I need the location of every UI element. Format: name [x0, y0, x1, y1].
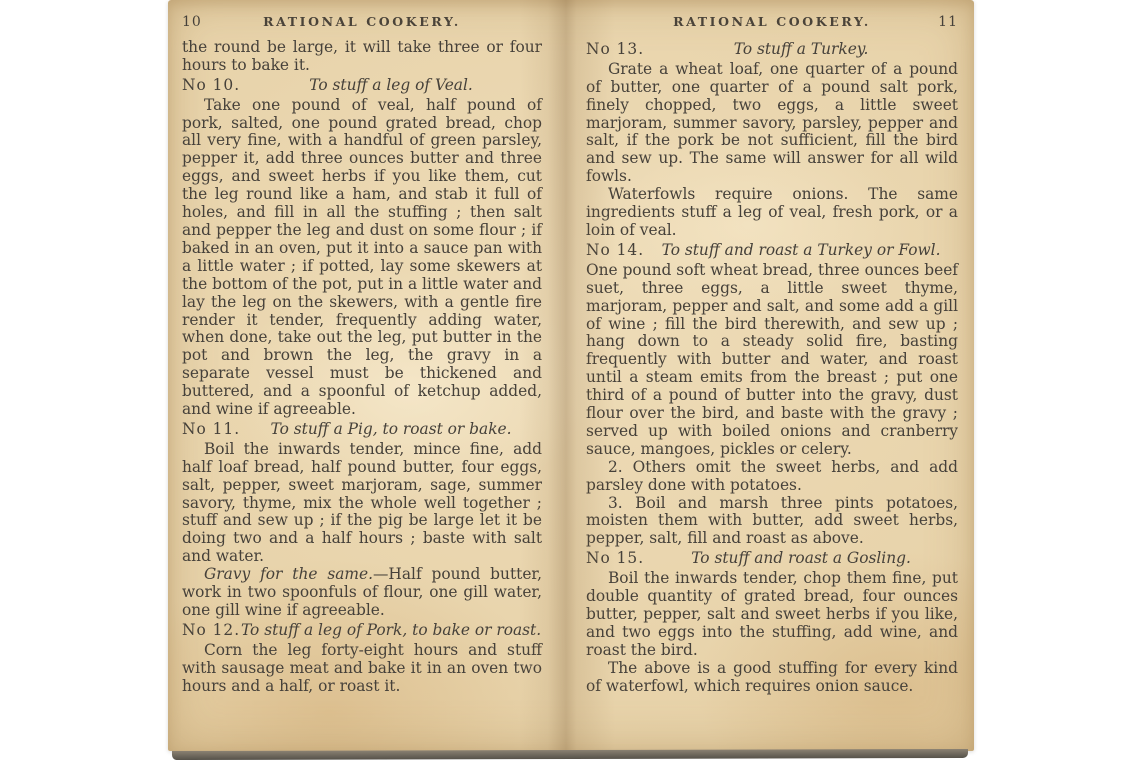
paragraph-waterfowls: Waterfowls require onions. The same ingr… [586, 186, 958, 240]
paragraph-gravy: Gravy for the same.—Half pound butter, w… [182, 566, 542, 620]
recipe-title: To stuff and roast a Gosling. [644, 550, 958, 568]
recipe-heading-no10: No 10. To stuff a leg of Veal. [182, 75, 542, 97]
paragraph-variant-2: 2. Others omit the sweet herbs, and add … [586, 459, 958, 495]
recipe-number: No 12. [182, 622, 240, 640]
book-spread: 10 RATIONAL COOKERY. the round be large,… [168, 0, 974, 751]
page-right: RATIONAL COOKERY. 11 No 13. To stuff a T… [560, 0, 974, 751]
recipe-number: No 10. [182, 77, 240, 95]
running-head-left: RATIONAL COOKERY. [224, 13, 500, 31]
recipe-title: To stuff a Pig, to roast or bake. [240, 421, 542, 439]
recipe-heading-no11: No 11. To stuff a Pig, to roast or bake. [182, 419, 542, 441]
recipe-number: No 15. [586, 550, 644, 568]
paragraph-continuation: the round be large, it will take three o… [182, 39, 542, 75]
paragraph-recipe-veal: Take one pound of veal, half pound of po… [182, 97, 542, 419]
recipe-number: No 13. [586, 41, 644, 59]
scan-background: 10 RATIONAL COOKERY. the round be large,… [0, 0, 1140, 760]
page-number-right: 11 [916, 14, 958, 32]
paragraph-recipe-pig: Boil the inwards tender, mince fine, add… [182, 441, 542, 566]
gravy-lead: Gravy for the same. [204, 565, 373, 583]
recipe-heading-no15: No 15. To stuff and roast a Gosling. [586, 548, 958, 570]
recipe-number: No 11. [182, 421, 240, 439]
paragraph-recipe-pork: Corn the leg forty-eight hours and stuff… [182, 642, 542, 696]
book-bottom-edge [172, 749, 968, 760]
recipe-title: To stuff a leg of Pork, to bake or roast… [240, 622, 542, 640]
paragraph-variant-3: 3. Boil and marsh three pints potatoes, … [586, 495, 958, 549]
recipe-number: No 14. [586, 242, 644, 260]
paragraph-recipe-turkey: Grate a wheat loaf, one quarter of a pou… [586, 61, 958, 186]
recipe-title: To stuff a Turkey. [644, 41, 958, 59]
paragraph-recipe-turkey-roast: One pound soft wheat bread, three ounces… [586, 262, 958, 459]
page-number-left: 10 [182, 14, 224, 32]
running-head-right: RATIONAL COOKERY. [628, 13, 916, 31]
page-header-right: RATIONAL COOKERY. 11 [586, 13, 958, 32]
recipe-heading-no12: No 12. To stuff a leg of Pork, to bake o… [182, 620, 542, 642]
page-header-left: 10 RATIONAL COOKERY. [182, 13, 542, 32]
recipe-heading-no13: No 13. To stuff a Turkey. [586, 39, 958, 61]
recipe-title: To stuff and roast a Turkey or Fowl. [644, 242, 958, 260]
recipe-title: To stuff a leg of Veal. [240, 77, 542, 95]
recipe-heading-no14: No 14. To stuff and roast a Turkey or Fo… [586, 240, 958, 262]
page-left: 10 RATIONAL COOKERY. the round be large,… [168, 0, 560, 751]
paragraph-recipe-gosling: Boil the inwards tender, chop them fine,… [586, 570, 958, 660]
paragraph-closing-note: The above is a good stuffing for every k… [586, 660, 958, 696]
